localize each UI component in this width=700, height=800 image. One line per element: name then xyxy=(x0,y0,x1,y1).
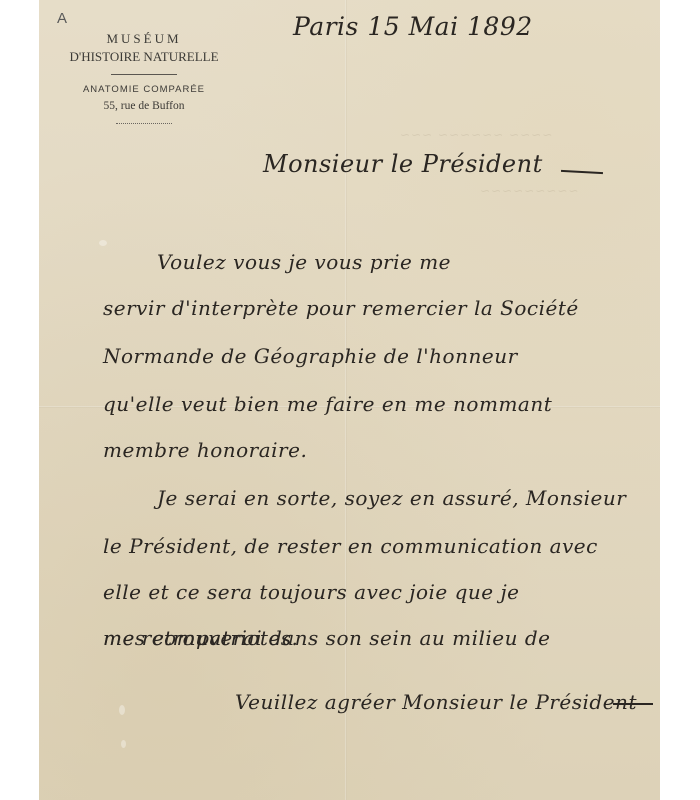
body-line: servir d'interprète pour remercier la So… xyxy=(103,296,579,320)
letterhead-ornament xyxy=(116,120,172,124)
letterhead-histoire-naturelle: D'HISTOIRE NATURELLE xyxy=(39,48,249,66)
body-line: Normande de Géographie de l'honneur xyxy=(103,344,518,368)
body-line: Je serai en sorte, soyez en assuré, Mons… xyxy=(157,486,626,510)
reverse-side-showthrough: ~~~~ ~~~~~~ ~~~ xyxy=(399,128,552,142)
body-line: elle et ce sera toujours avec joie que j… xyxy=(103,580,520,604)
archive-mark: A xyxy=(57,10,67,27)
paper-blemish xyxy=(119,705,125,715)
letterhead-address: 55, rue de Buffon xyxy=(39,98,249,114)
letter-page: ~~~~ ~~~~~~ ~~~ ~~~~~~~~~ A MUSÉUM D'HIS… xyxy=(39,0,660,800)
letterhead: MUSÉUM D'HISTOIRE NATURELLE ANATOMIE COM… xyxy=(39,32,249,124)
reverse-side-showthrough: ~~~~~~~~~ xyxy=(479,184,579,198)
salutation-flourish xyxy=(561,170,603,174)
closing-flourish xyxy=(613,703,653,705)
letterhead-department: ANATOMIE COMPARÉE xyxy=(39,84,249,96)
body-line: membre honoraire. xyxy=(103,438,307,462)
body-line: mes compatriotes. xyxy=(103,626,298,650)
letterhead-museum: MUSÉUM xyxy=(39,32,249,46)
letterhead-divider xyxy=(111,74,177,75)
paper-blemish xyxy=(121,740,126,748)
paper-blemish xyxy=(99,240,107,246)
body-line: le Président, de rester en communication… xyxy=(103,534,598,558)
body-line: Voulez vous je vous prie me xyxy=(157,250,451,274)
salutation: Monsieur le Président xyxy=(263,150,543,178)
closing-line: Veuillez agréer Monsieur le Président xyxy=(235,690,637,714)
body-line: qu'elle veut bien me faire en me nommant xyxy=(103,392,552,416)
date-line: Paris 15 Mai 1892 xyxy=(293,12,533,41)
